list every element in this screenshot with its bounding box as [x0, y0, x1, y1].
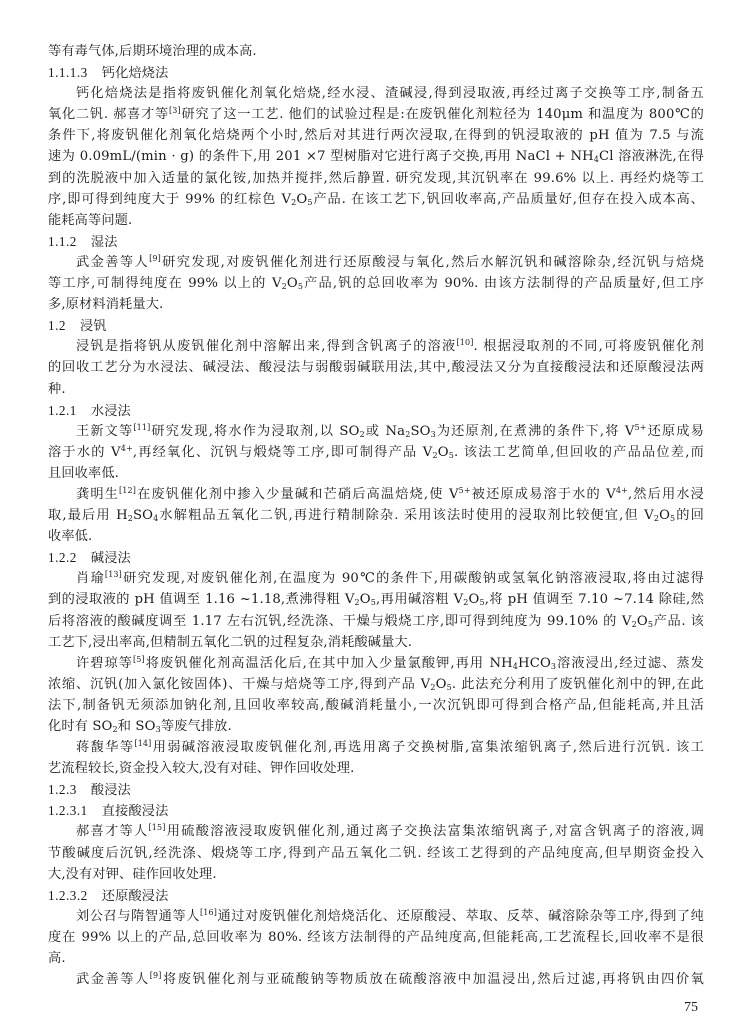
- section-title: 还原酸浸法: [102, 889, 169, 904]
- text-line: 钙化焙烧法是指将废钒催化剂氧化焙烧,经水浸、渣碱浸,得到浸取液,再经过离子交换等…: [48, 83, 704, 104]
- text-line: 序,即可得到纯度大于 99% 的红棕色 V2O5产品. 在该工艺下,钒回收率高,…: [48, 189, 704, 210]
- section-number: 1.2: [48, 315, 66, 336]
- section-title: 直接酸浸法: [102, 804, 169, 819]
- section-heading: 1.2.2碱浸法: [48, 547, 704, 568]
- section-title: 湿法: [91, 235, 118, 250]
- text-line: 后将溶液的酸碱度调至 1.17 左右沉钒,经洗涤、干燥与煅烧工序,即可得到纯度为…: [48, 611, 704, 632]
- section-number: 1.2.3: [48, 779, 77, 800]
- section-number: 1.2.2: [48, 547, 77, 568]
- document-page-body: 等有毒气体,后期环境治理的成本高.1.1.1.3钙化焙烧法钙化焙烧法是指将废钒催…: [48, 41, 704, 990]
- section-heading: 1.2浸钒: [48, 315, 704, 336]
- text-line: 武金善等人[9]研究发现,对废钒催化剂进行还原酸浸与氧化,然后水解沉钒和碱溶除杂…: [48, 252, 704, 273]
- text-line: 多,原材料消耗量大.: [48, 294, 704, 315]
- section-number: 1.1.2: [48, 231, 77, 252]
- section-title: 酸浸法: [91, 783, 131, 798]
- text-line: 种.: [48, 379, 704, 400]
- section-title: 钙化焙烧法: [102, 66, 169, 81]
- text-line: 到的浸取液的 pH 值调至 1.16 ~1.18,煮沸得粗 V2O5,再用碱溶粗…: [48, 589, 704, 610]
- text-line: 度在 99% 以上的产品,总回收率为 80%. 经该方法制得的产品纯度高,但能耗…: [48, 927, 704, 948]
- section-number: 1.2.1: [48, 400, 77, 421]
- text-line: 王新文等[11]研究发现,将水作为浸取剂,以 SO2或 Na2SO3为还原剂,在…: [48, 421, 704, 442]
- text-line: 高.: [48, 948, 704, 969]
- text-line: 艺流程较长,资金投入较大,没有对硅、钾作回收处理.: [48, 758, 704, 779]
- text-line: 节酸碱度后沉钒,经洗涤、煅烧等工序,得到产品五氧化二钒. 经该工艺得到的产品纯度…: [48, 843, 704, 864]
- text-line: 等有毒气体,后期环境治理的成本高.: [48, 41, 704, 62]
- text-line: 龚明生[12]在废钒催化剂中掺入少量碱和芒硝后高温焙烧,使 V5+被还原成易溶于…: [48, 484, 704, 505]
- text-line: 郝喜才等人[15]用硫酸溶液浸取废钒催化剂,通过离子交换法富集浓缩钒离子,对富含…: [48, 821, 704, 842]
- text-line: 武金善等人[9]将废钒催化剂与亚硫酸钠等物质放在硫酸溶液中加温浸出,然后过滤,再…: [48, 969, 704, 990]
- text-line: 速为 0.09mL/(min · g) 的条件下,用 201 ×7 型树脂对它进…: [48, 146, 704, 167]
- text-line: 等工序,可制得纯度在 99% 以上的 V2O5产品,钒的总回收率为 90%. 由…: [48, 273, 704, 294]
- text-line: 化时有 SO2和 SO3等废气排放.: [48, 716, 704, 737]
- text-line: 到的洗脱液中加入适量的氯化铵,加热并搅拌,然后静置. 研究发现,其沉钒率在 99…: [48, 168, 704, 189]
- text-line: 且回收率低.: [48, 463, 704, 484]
- text-line: 氧化二钒. 郝喜才等[3]研究了这一工艺. 他们的试验过程是:在废钒催化剂粒径为…: [48, 104, 704, 125]
- section-heading: 1.2.1水浸法: [48, 400, 704, 421]
- section-title: 碱浸法: [91, 551, 131, 566]
- text-line: 大,没有对钾、硅作回收处理.: [48, 864, 704, 885]
- text-line: 法下,制备钒无须添加钠化剂,且回收率较高,酸碱消耗量小,一次沉钒即可得到合格产品…: [48, 695, 704, 716]
- section-number: 1.2.3.2: [48, 885, 88, 906]
- section-heading: 1.2.3酸浸法: [48, 779, 704, 800]
- section-heading: 1.1.1.3钙化焙烧法: [48, 62, 704, 83]
- text-line: 工艺下,浸出率高,但精制五氧化二钒的过程复杂,消耗酸碱量大.: [48, 632, 704, 653]
- text-line: 溶于水的 V4+,再经氧化、沉钒与煅烧等工序,即可制得产品 V2O5. 该法工艺…: [48, 442, 704, 463]
- text-line: 能耗高等问题.: [48, 210, 704, 231]
- section-heading: 1.1.2湿法: [48, 231, 704, 252]
- text-line: 蒋馥华等[14]用弱碱溶液浸取废钒催化剂,再选用离子交换树脂,富集浓缩钒离子,然…: [48, 737, 704, 758]
- section-title: 水浸法: [91, 404, 131, 419]
- text-line: 的回收工艺分为水浸法、碱浸法、酸浸法与弱酸弱碱联用法,其中,酸浸法又分为直接酸浸…: [48, 357, 704, 378]
- section-title: 浸钒: [80, 319, 107, 334]
- section-heading: 1.2.3.1直接酸浸法: [48, 800, 704, 821]
- text-line: 浸钒是指将钒从废钒催化剂中溶解出来,得到含钒离子的溶液[10]. 根据浸取剂的不…: [48, 336, 704, 357]
- section-heading: 1.2.3.2还原酸浸法: [48, 885, 704, 906]
- text-line: 刘公召与隋智通等人[16]通过对废钒催化剂焙烧活化、还原酸浸、萃取、反萃、碱溶除…: [48, 906, 704, 927]
- text-line: 收率低.: [48, 526, 704, 547]
- text-line: 浓缩、沉钒(加入氯化铵固体)、干燥与焙烧等工序,得到产品 V2O5. 此法充分利…: [48, 674, 704, 695]
- section-number: 1.1.1.3: [48, 62, 88, 83]
- text-line: 许碧琼等[5]将废钒催化剂高温活化后,在其中加入少量氯酸钾,再用 NH4HCO3…: [48, 653, 704, 674]
- text-line: 肖瑜[13]研究发现,对废钒催化剂,在温度为 90℃的条件下,用碳酸钠或氢氧化钠…: [48, 568, 704, 589]
- text-line: 条件下,将废钒催化剂氧化焙烧两个小时,然后对其进行两次浸取,在得到的钒浸取液的 …: [48, 125, 704, 146]
- text-line: 取,最后用 H2SO4水解粗品五氧化二钒,再进行精制除杂. 采用该法时使用的浸取…: [48, 505, 704, 526]
- page-number: 75: [684, 1000, 698, 1016]
- section-number: 1.2.3.1: [48, 800, 88, 821]
